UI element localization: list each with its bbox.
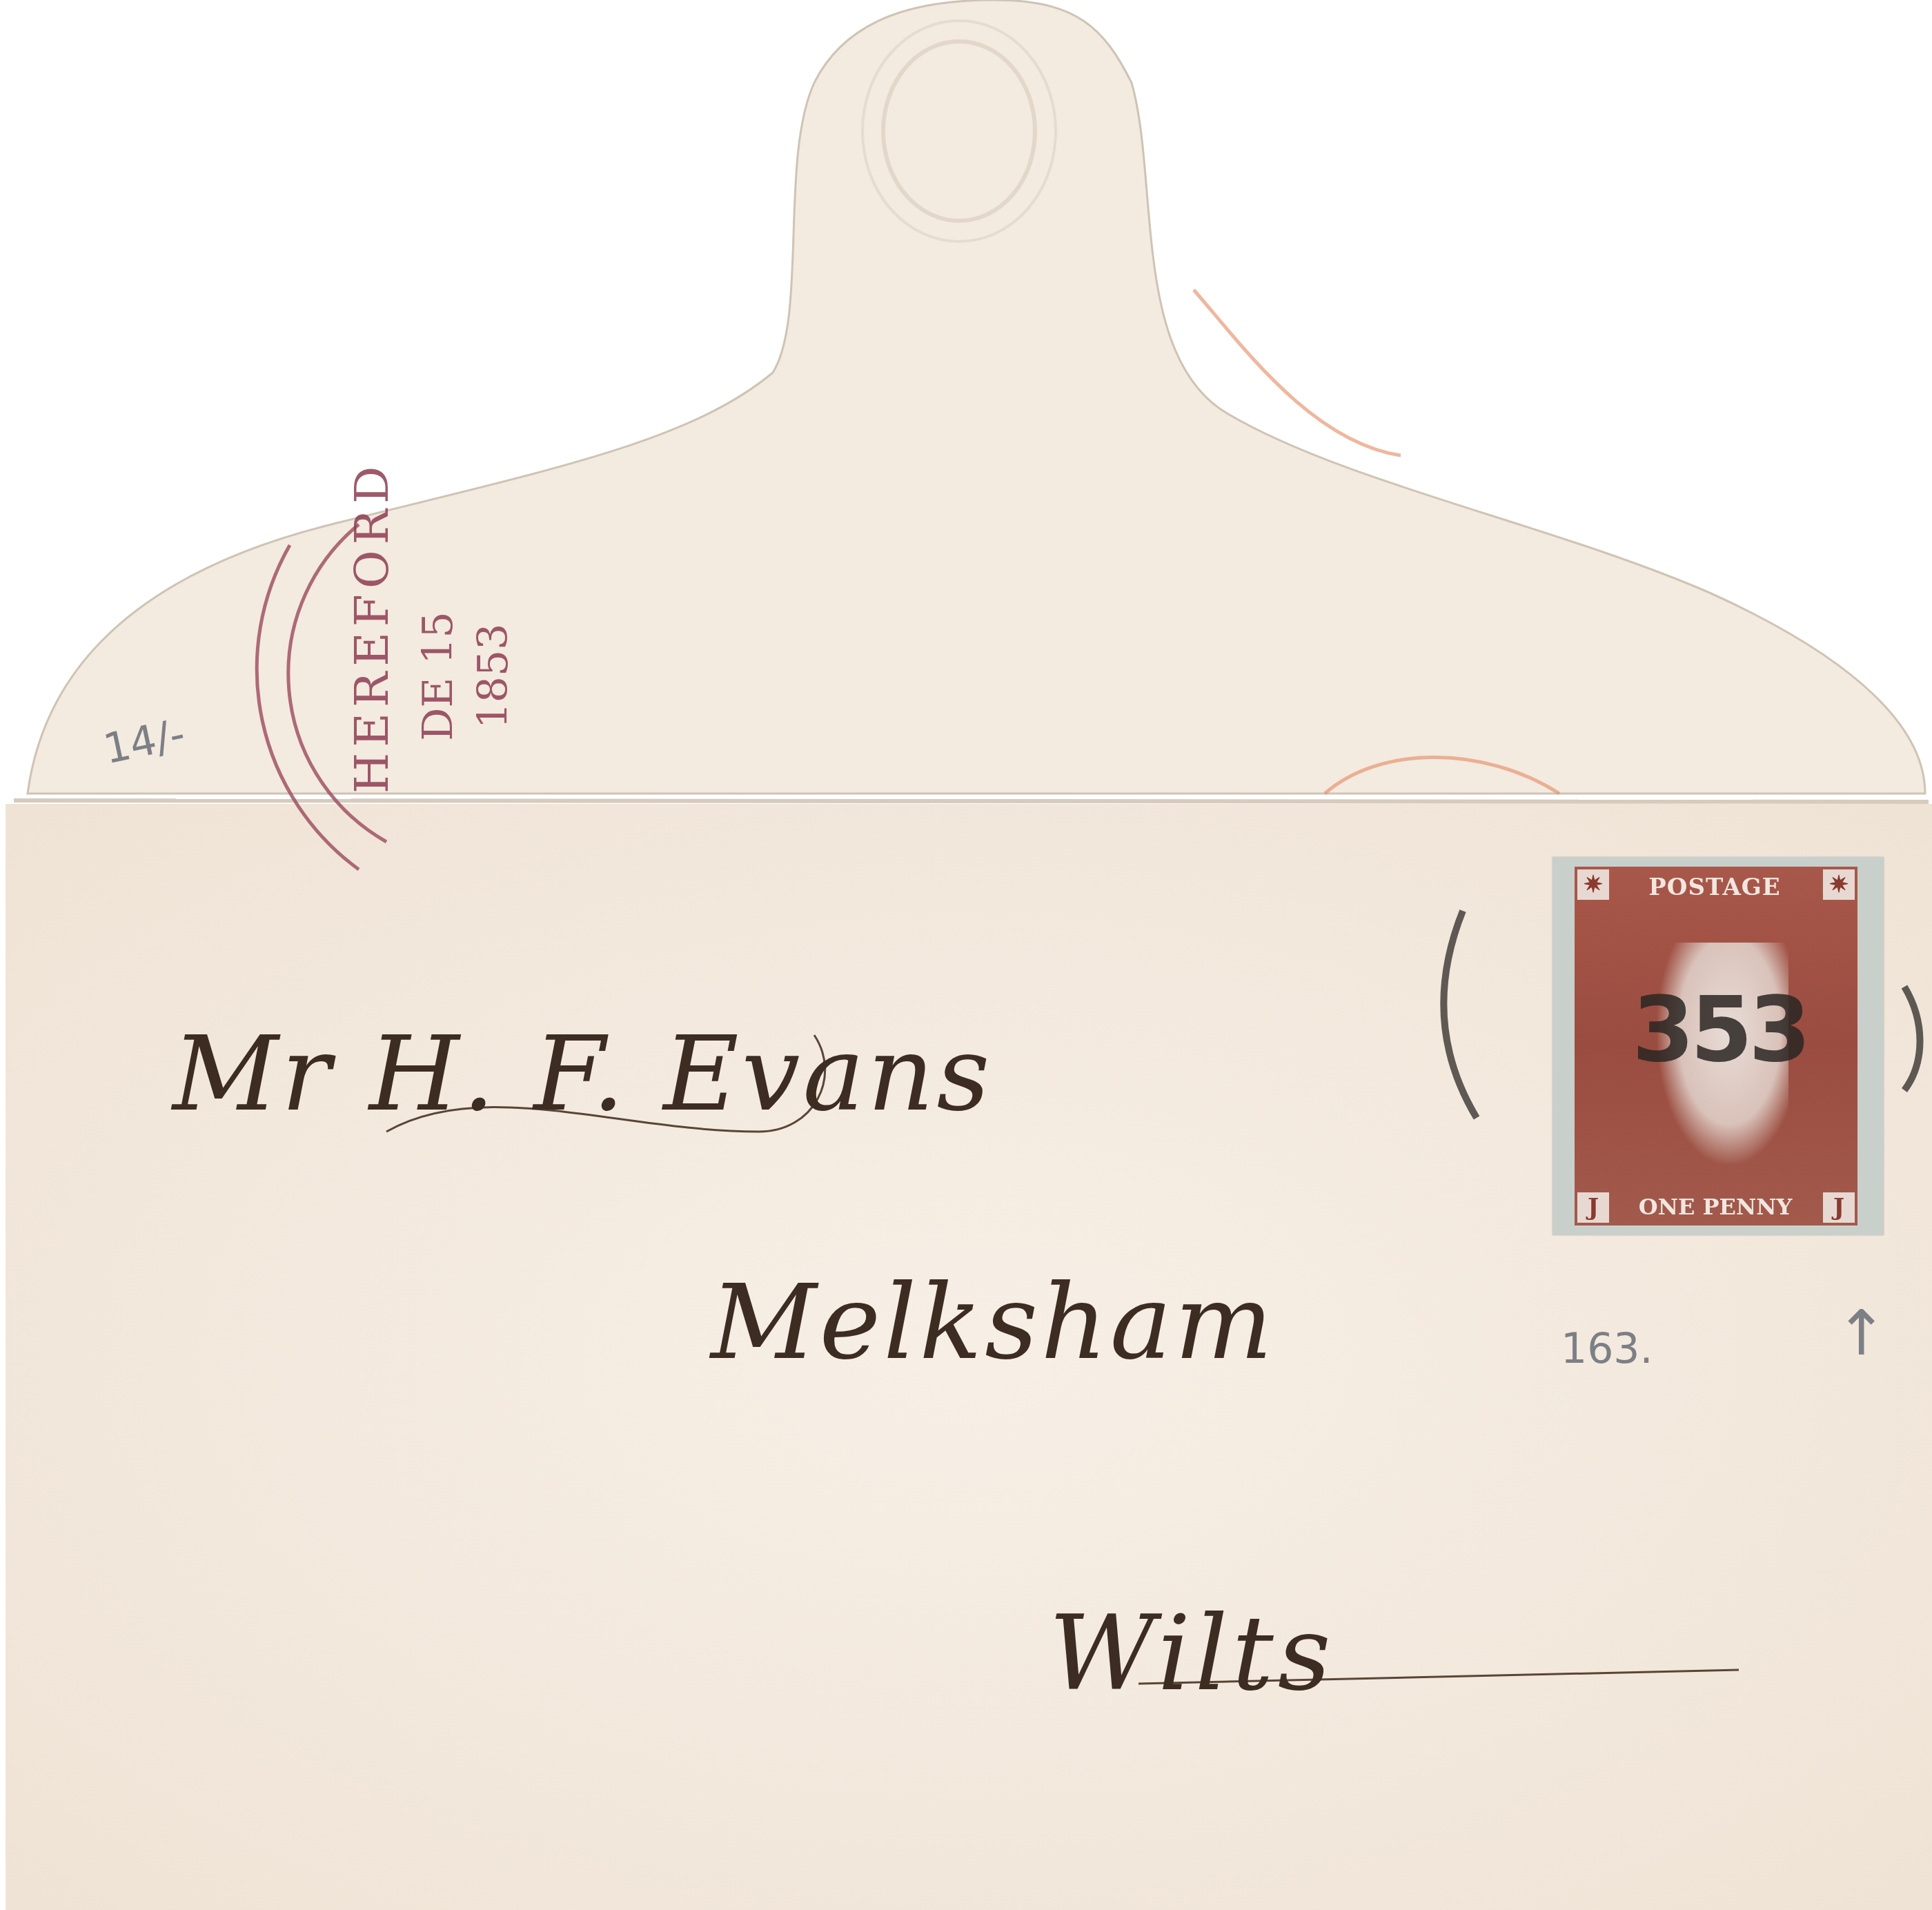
stamp-top-label: POSTAGE [1615,874,1815,900]
postmark-year: 1853 [469,559,517,794]
arrow-up-icon: ↑ [1835,1297,1887,1370]
envelope-scene: HEREFORD DE 15 1853 ✷ ✷ POSTAGE 353 J ON… [0,0,1932,1910]
hereford-postmark: HEREFORD DE 15 1853 [269,483,655,869]
postmark-date: DE 15 [414,559,462,794]
corner-letter-right: J [1823,1192,1855,1223]
addressee-name: Mr H. F. Evans [172,1014,992,1134]
stamp-value-label: ONE PENNY [1612,1194,1819,1221]
postmark-town: HEREFORD [345,559,400,794]
address-town: Melksham [711,1263,1275,1383]
pencil-reference-number: 163. [1561,1325,1653,1373]
corner-letter-left: J [1577,1192,1609,1223]
address-county: Wilts [1049,1594,1335,1714]
star-icon: ✷ [1577,869,1609,900]
numeral-cancellation: 353 [1616,977,1823,1082]
star-icon: ✷ [1823,869,1855,900]
penny-red-stamp: ✷ ✷ POSTAGE 353 J ONE PENNY J [1552,857,1884,1235]
